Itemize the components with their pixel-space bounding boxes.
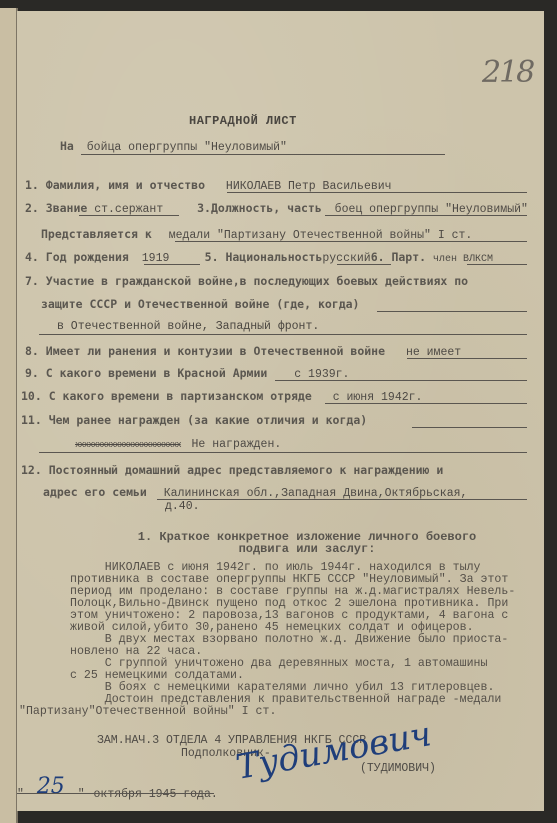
underline	[144, 264, 200, 265]
document-title: НАГРАДНОЙ ЛИСТ	[189, 114, 297, 128]
underline	[467, 264, 527, 265]
date-rest: октября 1945 года.	[94, 788, 218, 801]
underline	[325, 215, 527, 216]
underline	[337, 264, 391, 265]
field-wounds: 8. Имеет ли ранения и контузии в Отечест…	[25, 344, 461, 359]
subtitle-value: бойца опергруппы "Неуловимый"	[87, 141, 287, 154]
field-participation: 7. Участие в гражданской войне,в последу…	[25, 274, 468, 289]
field-participation-cont: защите СССР и Отечественной войне (где, …	[41, 297, 360, 312]
field-previous-awards: 11. Чем ранее награжден (за какие отличи…	[21, 413, 367, 428]
underline	[377, 311, 527, 312]
underline	[39, 452, 527, 453]
field-value: Не награжден.	[192, 438, 282, 451]
subtitle-prefix: На	[60, 139, 74, 153]
date-line: " 25 " октября 1945 года.	[17, 778, 218, 803]
field-nominated-for: Представляется к медали "Партизану Отече…	[41, 227, 472, 242]
underline	[157, 499, 527, 500]
field-name: 1. Фамилия, имя и отчество НИКОЛАЕВ Петр…	[25, 178, 392, 193]
underline	[17, 793, 214, 794]
field-label: Фамилия, имя и отчество	[46, 178, 205, 192]
underline	[79, 215, 179, 216]
field-rank-position: 2. Звание ст.сержант 3.Должность, часть …	[25, 201, 528, 216]
underline	[275, 380, 527, 381]
underline	[412, 427, 527, 428]
underline	[407, 358, 527, 359]
field-partisan-since: 10. С какого времени в партизанском отря…	[21, 389, 422, 404]
field-red-army-since: 9. С какого времени в Красной Армии с 19…	[25, 366, 349, 381]
binding-strip	[0, 8, 18, 823]
date-day: 25	[37, 774, 65, 799]
narrative-line: "Партизану"Отечественной войны" I ст.	[19, 706, 276, 718]
field-previous-awards-value: xxxxxxxxxxxxxxxxxxxxxxxx Не награжден.	[75, 438, 281, 451]
award-sheet-page: 218 НАГРАДНОЙ ЛИСТ На бойца опергруппы "…	[17, 11, 544, 811]
underline	[325, 403, 527, 404]
underline	[39, 334, 527, 335]
field-address: 12. Постоянный домашний адрес представля…	[21, 463, 443, 478]
field-address-cont: адрес его семьи Калининская обл.,Западна…	[43, 485, 467, 500]
underline	[175, 241, 527, 242]
archive-page-number: 218	[482, 55, 533, 90]
field-birth-nationality-party: 4. Год рождения 1919 5. Национальностьру…	[25, 250, 493, 265]
underline	[81, 154, 445, 155]
section-heading: 1. Краткое конкретное изложение личного …	[97, 531, 517, 555]
struck-text: xxxxxxxxxxxxxxxxxxxxxxxx	[75, 440, 181, 450]
handwritten-signature: Тудимович	[233, 714, 434, 788]
field-value-cont: д.40.	[165, 500, 200, 513]
subtitle: На бойца опергруппы "Неуловимый"	[60, 139, 287, 154]
field-value: в Отечественной войне, Западный фронт.	[57, 320, 319, 333]
underline	[227, 192, 527, 193]
